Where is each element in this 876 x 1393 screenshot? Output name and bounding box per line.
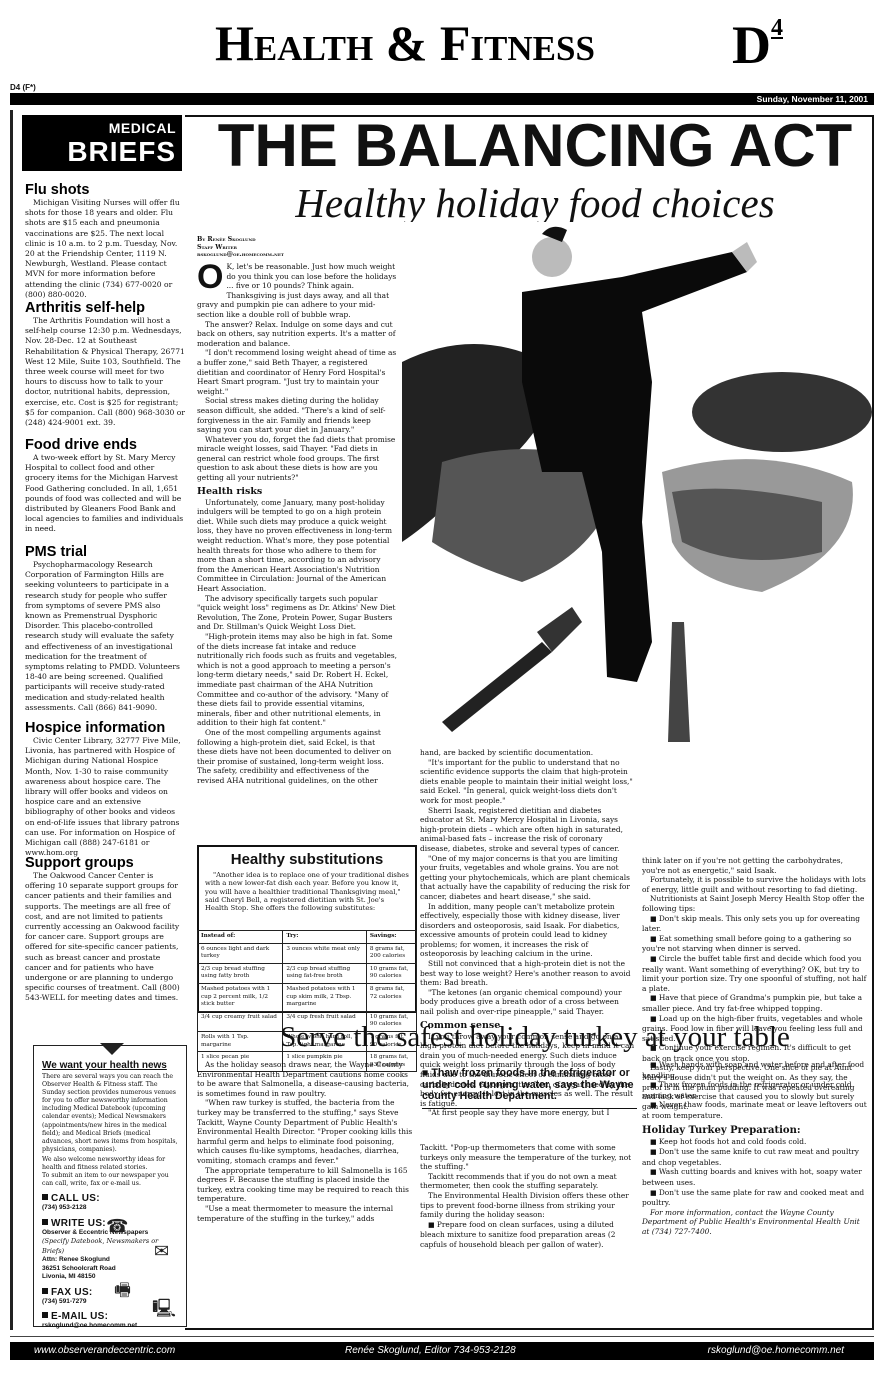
table-row: 6 ounces light and dark turkey3 ounces w… bbox=[198, 943, 417, 963]
text-block: K, let's be reasonable. Just how much we… bbox=[197, 262, 396, 319]
brief-title: Flu shots bbox=[25, 182, 185, 198]
tip-item: Eat something small before going to a ga… bbox=[642, 934, 868, 954]
text-block: 8 grams fat, 200 calories bbox=[366, 943, 416, 963]
text-block: Unfortunately, come January, many post-h… bbox=[197, 498, 397, 594]
news-box-text: There are several ways you can reach the… bbox=[42, 1073, 178, 1154]
column-header: Try: bbox=[283, 931, 367, 944]
text-block: "At first people say they have more ener… bbox=[420, 1108, 635, 1118]
text-block: (Specify Datebook, Newsmakers or Briefs) bbox=[42, 1237, 158, 1255]
prep-item: Don't use the same plate for raw and coo… bbox=[642, 1188, 868, 1208]
brief-arthritis: Arthritis self-help The Arthritis Founda… bbox=[25, 300, 185, 428]
text-block: CALL US: bbox=[51, 1193, 100, 1204]
substitutions-title: Healthy substitutions bbox=[205, 851, 409, 869]
news-box-text: We also welcome newsworthy ideas for hea… bbox=[42, 1156, 178, 1172]
edition-label: D4 (F*) bbox=[10, 83, 36, 92]
text-block: D bbox=[732, 15, 771, 75]
text-block: Sherri Isaak, registered dietitian and d… bbox=[420, 806, 635, 854]
text-block: One of the most compelling arguments aga… bbox=[197, 728, 397, 786]
prep-item: Keep hot foods hot and cold foods cold. bbox=[642, 1137, 868, 1148]
text-block: As the holiday season draws near, the Wa… bbox=[197, 1060, 415, 1098]
footer-editor: Renée Skoglund, Editor 734-953-2128 bbox=[345, 1342, 516, 1360]
tip-item: Have that piece of Grandma's pumpkin pie… bbox=[642, 993, 868, 1013]
text-block: 10 grams fat, 90 calories bbox=[366, 963, 416, 983]
turkey-callout: Thaw frozen foods in the refrigerator or… bbox=[422, 1068, 637, 1109]
section-heading-health-risks: Health risks bbox=[197, 485, 397, 498]
text-block: Fortunately, it is possible to survive t… bbox=[642, 875, 868, 894]
balancing-woman-photo-icon bbox=[402, 222, 872, 742]
brief-title: Food drive ends bbox=[25, 437, 185, 453]
turkey-column-2: Tackitt. "Pop-up thermometers that come … bbox=[420, 1143, 638, 1250]
tip-item: Don't skip meals. This only sets you up … bbox=[642, 914, 868, 934]
issue-date: Sunday, November 11, 2001 bbox=[757, 93, 868, 105]
divider bbox=[10, 1336, 874, 1337]
briefs-label-small: MEDICAL bbox=[109, 120, 176, 136]
text-block: 6 ounces light and dark turkey bbox=[198, 943, 283, 963]
brief-body: Civic Center Library, 32777 Five Mile, L… bbox=[25, 736, 185, 858]
byline: By Renée Skoglund Staff Writer rskoglund… bbox=[197, 236, 284, 259]
article-headline: THE BALANCING ACT bbox=[200, 112, 870, 180]
turkey-headline: Serve the safest holiday turkey at your … bbox=[200, 1020, 870, 1054]
text-block: Tackitt recommends that if you do not ow… bbox=[420, 1172, 638, 1191]
text-block: 36251 Schoolcraft Road bbox=[42, 1265, 178, 1274]
briefs-banner: MEDICAL BRIEFS bbox=[22, 115, 182, 171]
prep-item: Wash cutting boards and knives with hot,… bbox=[642, 1167, 868, 1187]
byline-title: Staff Writer bbox=[197, 244, 284, 252]
article-subhead: Healthy holiday food choices bbox=[200, 180, 870, 226]
letter-icon: ✉ bbox=[154, 1241, 169, 1262]
call-us-label: CALL US: bbox=[42, 1193, 178, 1204]
brief-title: PMS trial bbox=[25, 544, 185, 560]
text-block: Whatever you do, forget the fad diets th… bbox=[197, 435, 397, 483]
text-block: Still not convinced that a high-protein … bbox=[420, 959, 635, 988]
article-column-2: hand, are backed by scientific documenta… bbox=[420, 748, 635, 1118]
text-block: 4 bbox=[771, 15, 783, 41]
text-block: 2/3 cup bread stuffing using fat-free br… bbox=[283, 963, 367, 983]
brief-pms-trial: PMS trial Psychopharmacology Research Co… bbox=[25, 544, 185, 713]
prep-heading: Holiday Turkey Preparation: bbox=[642, 1124, 868, 1137]
text-block: The answer? Relax. Indulge on some days … bbox=[197, 320, 397, 349]
table-row: Mashed potatoes with 1 cup 2 percent mil… bbox=[198, 983, 417, 1011]
prep-item: Don't use the same knife to cut raw meat… bbox=[642, 1147, 868, 1167]
brief-body: Michigan Visiting Nurses will offer flu … bbox=[25, 198, 185, 300]
medical-briefs-column: MEDICAL BRIEFS Flu shots Michigan Visiti… bbox=[10, 110, 180, 1330]
news-box-title: We want your health news bbox=[42, 1060, 178, 1071]
column-header: Instead of: bbox=[198, 931, 283, 944]
tip-item: Prepare food on clean surfaces, using a … bbox=[420, 1220, 638, 1250]
date-bar: Sunday, November 11, 2001 bbox=[10, 93, 874, 105]
brief-title: Support groups bbox=[25, 855, 185, 871]
text-block: 3 ounces white meat only bbox=[283, 943, 367, 963]
text-block: FAX US: bbox=[51, 1287, 93, 1298]
tip-item: Thaw frozen foods in the refrigerator or… bbox=[642, 1080, 868, 1100]
text-block: The advisory specifically targets such p… bbox=[197, 594, 397, 632]
text-block: The appropriate temperature to kill Salm… bbox=[197, 1166, 415, 1204]
brief-body: A two-week effort by St. Mary Mercy Hosp… bbox=[25, 453, 185, 535]
table-row: 2/3 cup bread stuffing using fatty broth… bbox=[198, 963, 417, 983]
text-block: Nutritionists at Saint Joseph Mercy Heal… bbox=[642, 894, 868, 913]
tip-item: Never thaw foods, marinate meat or leave… bbox=[642, 1100, 868, 1120]
turkey-column-3: Wash hands with soap and water before an… bbox=[642, 1060, 868, 1237]
substitutions-intro: "Another idea is to replace one of your … bbox=[205, 871, 409, 912]
tip-item: Wash hands with soap and water before an… bbox=[642, 1060, 868, 1080]
masthead: Health & Fitness D4 D4 (F*) Sunday, Nove… bbox=[0, 0, 876, 110]
text-block: Mashed potatoes with 1 cup 2 percent mil… bbox=[198, 983, 283, 1011]
brief-body: The Arthritis Foundation will host a sel… bbox=[25, 316, 185, 428]
text-block: "It's important for the public to unders… bbox=[420, 758, 635, 806]
dropcap: O bbox=[197, 263, 223, 291]
text-block: "When raw turkey is stuffed, the bacteri… bbox=[197, 1098, 415, 1165]
byline-author: By Renée Skoglund bbox=[197, 236, 284, 244]
call-us-phone[interactable]: (734) 953-2128 bbox=[42, 1204, 178, 1213]
text-block: Livonia, MI 48150 bbox=[42, 1273, 178, 1282]
text-block: Tackitt. "Pop-up thermometers that come … bbox=[420, 1143, 638, 1172]
fax-machine-icon: 🖷 bbox=[114, 1278, 131, 1308]
text-block: E-MAIL US: bbox=[51, 1311, 108, 1322]
brief-support-groups: Support groups The Oakwood Cancer Center… bbox=[25, 855, 185, 1004]
text-block: "High-protein items may also be high in … bbox=[197, 632, 397, 728]
text-block: 2/3 cup bread stuffing using fatty broth bbox=[198, 963, 283, 983]
text-block: hand, are backed by scientific documenta… bbox=[420, 748, 635, 758]
text-block: WRITE US: bbox=[51, 1218, 106, 1229]
computer-icon: 🖳 bbox=[152, 1296, 176, 1326]
brief-flu-shots: Flu shots Michigan Visiting Nurses will … bbox=[25, 182, 185, 300]
text-block: "One of my major concerns is that you ar… bbox=[420, 854, 635, 902]
footer-website-link[interactable]: www.observerandeccentric.com bbox=[34, 1342, 175, 1360]
text-block: "Use a meat thermometer to measure the i… bbox=[197, 1204, 415, 1223]
article-column-1: OK, let's be reasonable. Just how much w… bbox=[197, 262, 397, 785]
footer-bar: www.observerandeccentric.com Renée Skogl… bbox=[10, 1342, 874, 1360]
text-block: 8 grams fat, 72 calories bbox=[366, 983, 416, 1011]
brief-food-drive: Food drive ends A two-week effort by St.… bbox=[25, 437, 185, 535]
turkey-column-1: As the holiday season draws near, the Wa… bbox=[197, 1060, 415, 1223]
brief-body: Psychopharmacology Research Corporation … bbox=[25, 560, 185, 713]
footer-email-link[interactable]: rskoglund@oe.homecomm.net bbox=[708, 1342, 844, 1360]
text-block: In addition, many people can't metaboliz… bbox=[420, 902, 635, 960]
brief-hospice: Hospice information Civic Center Library… bbox=[25, 720, 185, 858]
tip-item: Circle the buffet table first and decide… bbox=[642, 954, 868, 993]
text-block: Mashed potatoes with 1 cup skim milk, 2 … bbox=[283, 983, 367, 1011]
news-box-text: To submit an item to our newspaper you c… bbox=[42, 1172, 178, 1188]
arrow-down-icon bbox=[100, 1043, 124, 1055]
text-block: The Environmental Health Division offers… bbox=[420, 1191, 638, 1220]
health-news-box: We want your health news There are sever… bbox=[33, 1045, 187, 1327]
article-photo bbox=[402, 222, 872, 742]
text-block: "The ketones (an organic chemical compou… bbox=[420, 988, 635, 1017]
text-block: think later on if you're not getting the… bbox=[642, 856, 868, 875]
page-number: D4 bbox=[732, 14, 783, 76]
text-block: "I don't recommend losing weight ahead o… bbox=[197, 348, 397, 396]
brief-title: Arthritis self-help bbox=[25, 300, 185, 316]
section-title: Health & Fitness bbox=[215, 14, 595, 72]
brief-title: Hospice information bbox=[25, 720, 185, 736]
brief-body: The Oakwood Cancer Center is offering 10… bbox=[25, 871, 185, 1004]
table-header-row: Instead of: Try: Savings: bbox=[198, 931, 417, 944]
contact-info: For more information, contact the Wayne … bbox=[642, 1208, 868, 1237]
text-block: Social stress makes dieting during the h… bbox=[197, 396, 397, 434]
column-header: Savings: bbox=[366, 931, 416, 944]
telephone-icon: ☎ bbox=[106, 1216, 128, 1237]
briefs-label-big: BRIEFS bbox=[67, 137, 176, 167]
